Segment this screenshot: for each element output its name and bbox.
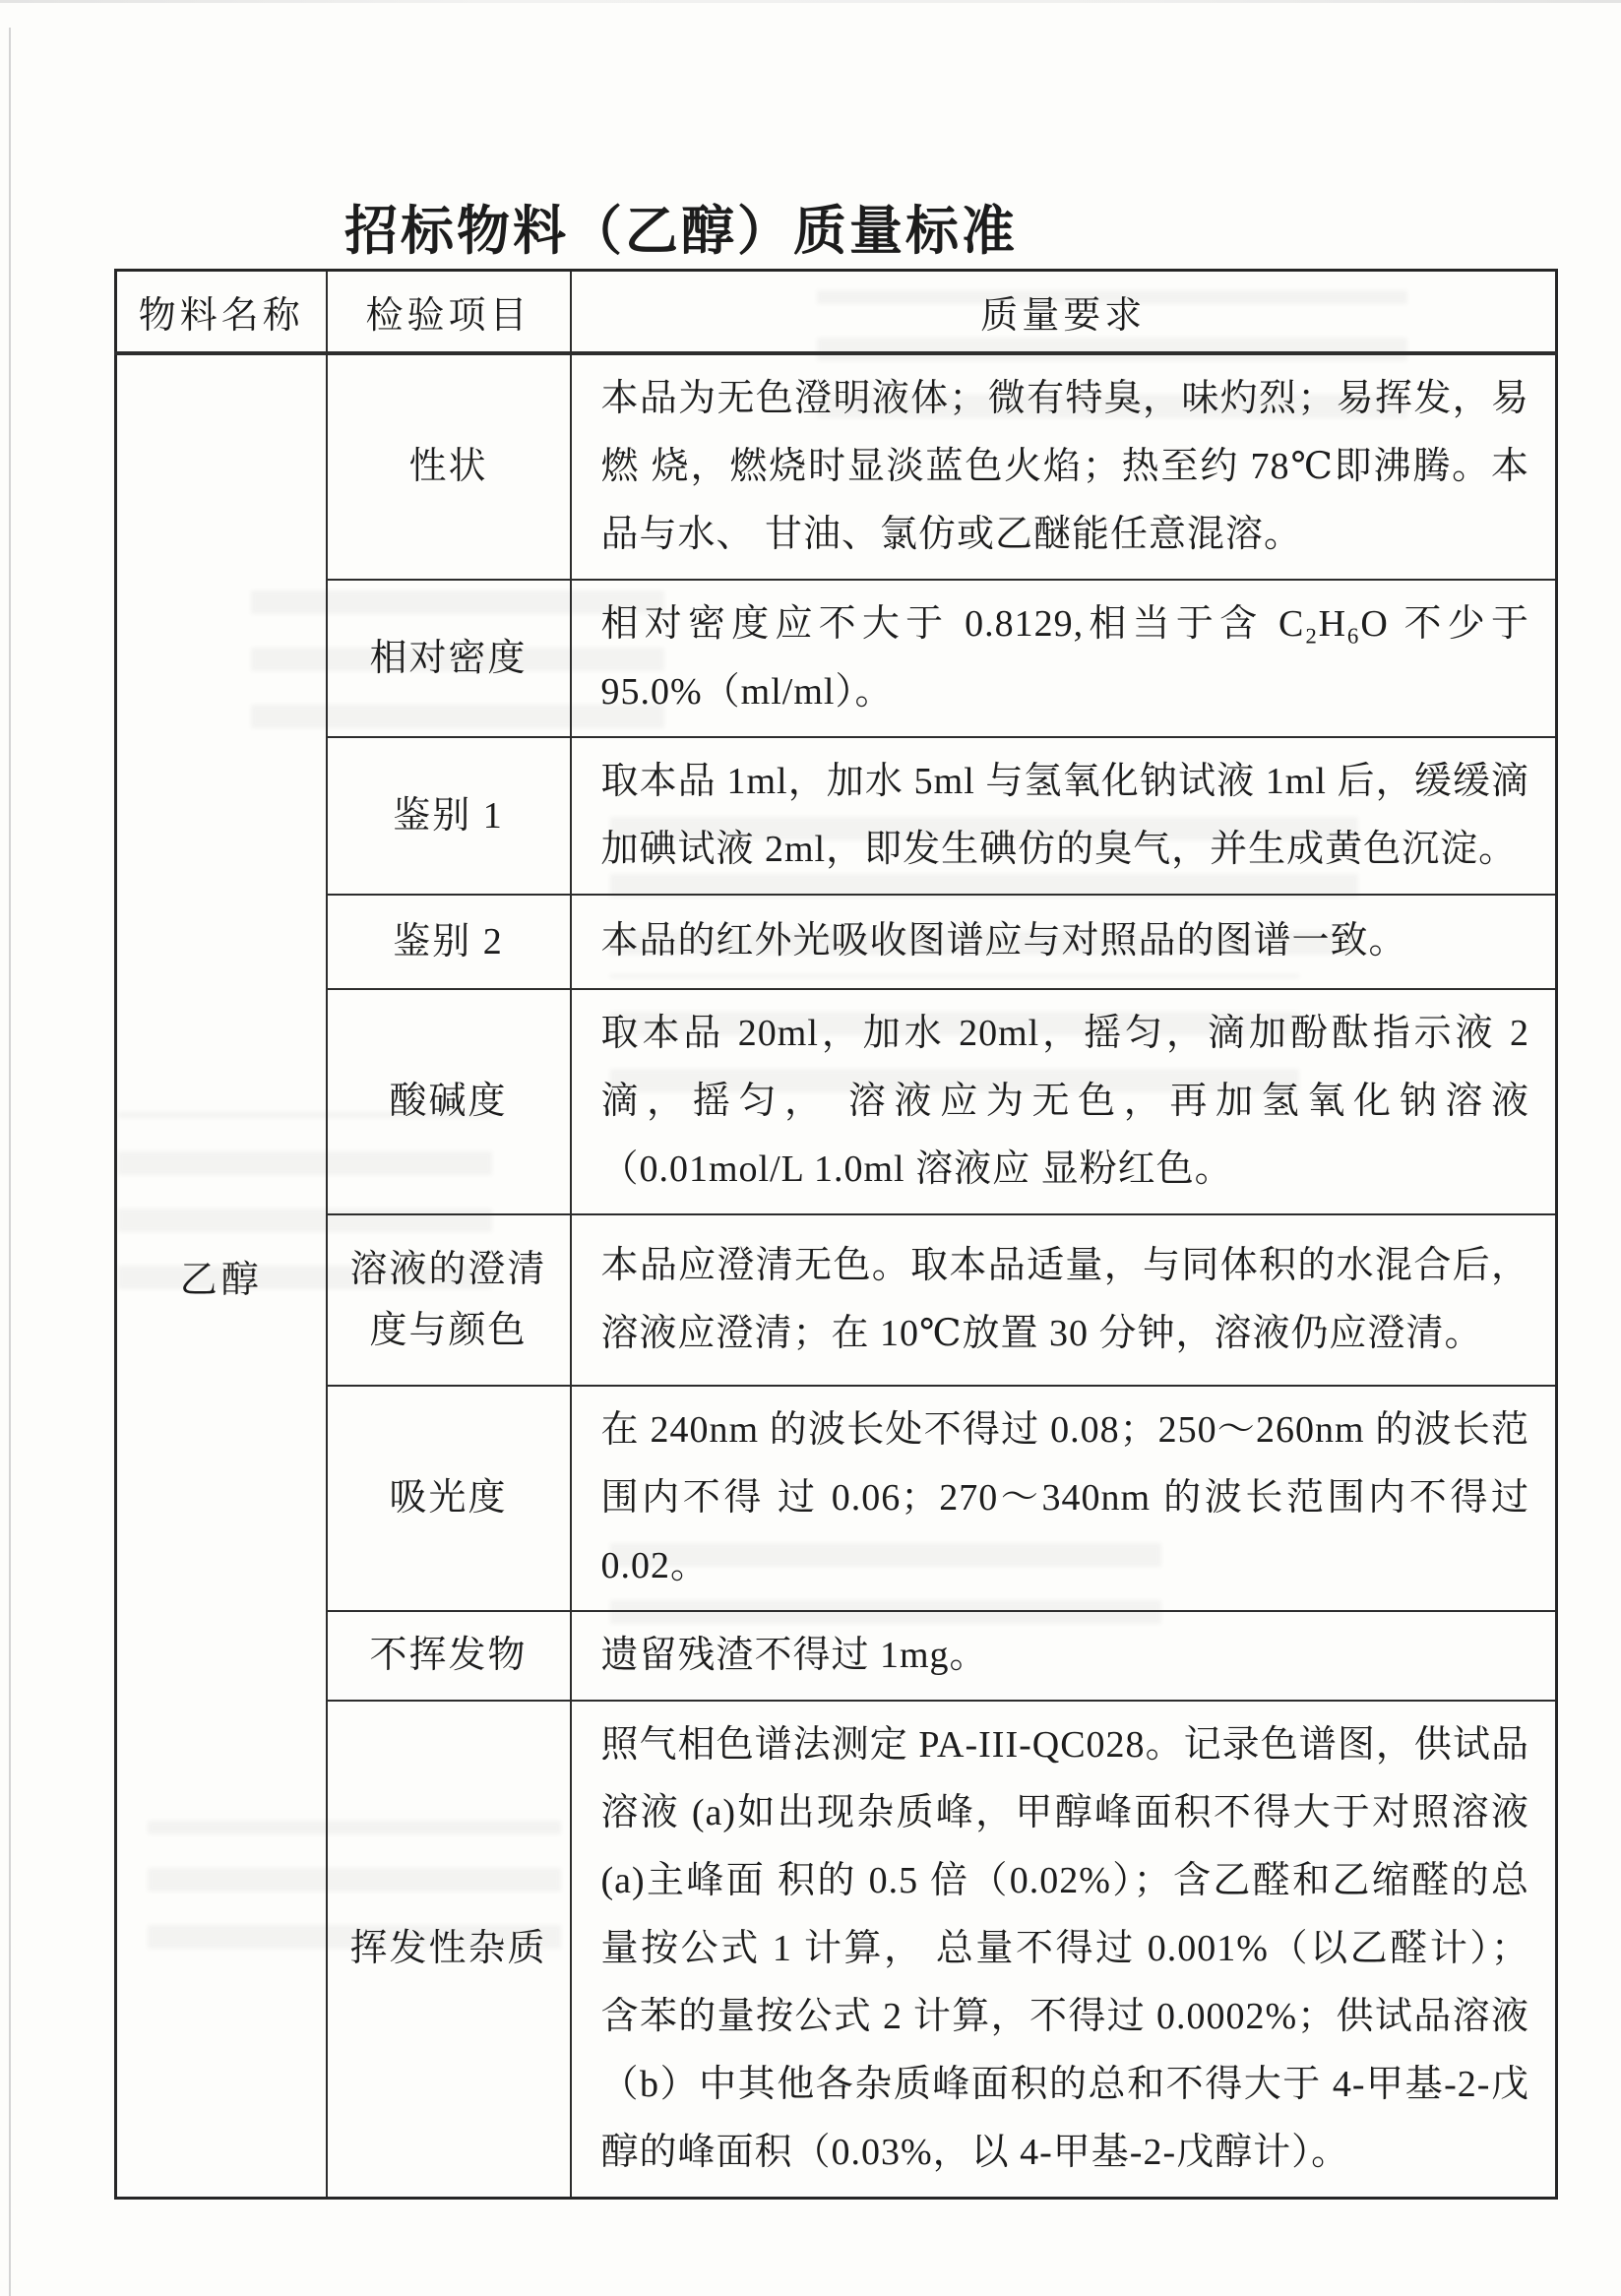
table-row: 挥发性杂质 照气相色谱法测定 PA-III-QC028。记录色谱图，供试品溶液 … [116,1701,1557,2199]
quality-standard-table: 物料名称 检验项目 质量要求 乙醇 性状 本品为无色澄明液体；微有特臭，味灼烈；… [114,269,1558,2200]
inspection-item-cell: 挥发性杂质 [327,1701,571,2199]
table-row: 鉴别 1 取本品 1ml，加水 5ml 与氢氧化钠试液 1ml 后，缓缓滴加碘试… [116,737,1557,895]
table-row: 鉴别 2 本品的红外光吸收图谱应与对照品的图谱一致。 [116,895,1557,989]
table-row: 不挥发物 遗留残渣不得过 1mg。 [116,1611,1557,1701]
inspection-item-cell: 吸光度 [327,1386,571,1611]
table-row: 吸光度 在 240nm 的波长处不得过 0.08；250～260nm 的波长范围… [116,1386,1557,1611]
requirement-cell: 照气相色谱法测定 PA-III-QC028。记录色谱图，供试品溶液 (a)如出现… [571,1701,1557,2199]
requirement-cell: 取本品 20ml，加水 20ml，摇匀，滴加酚酞指示液 2 滴，摇匀， 溶液应为… [571,989,1557,1214]
inspection-item-cell: 鉴别 1 [327,737,571,895]
requirement-cell: 本品应澄清无色。取本品适量，与同体积的水混合后，溶液应澄清；在 10℃放置 30… [571,1214,1557,1386]
requirement-cell: 遗留残渣不得过 1mg。 [571,1611,1557,1701]
requirement-cell: 本品为无色澄明液体；微有特臭，味灼烈；易挥发，易燃 烧，燃烧时显淡蓝色火焰；热至… [571,353,1557,580]
header-material-name: 物料名称 [116,271,327,353]
inspection-item-cell: 鉴别 2 [327,895,571,989]
table-row: 酸碱度 取本品 20ml，加水 20ml，摇匀，滴加酚酞指示液 2 滴，摇匀， … [116,989,1557,1214]
page-title: 招标物料（乙醇）质量标准 [344,189,1018,265]
requirement-cell: 本品的红外光吸收图谱应与对照品的图谱一致。 [571,895,1557,989]
requirement-cell: 取本品 1ml，加水 5ml 与氢氧化钠试液 1ml 后，缓缓滴加碘试液 2ml… [571,737,1557,895]
inspection-item-cell: 不挥发物 [327,1611,571,1701]
inspection-item-cell: 相对密度 [327,580,571,737]
header-quality-requirement: 质量要求 [571,271,1557,353]
header-inspection-item: 检验项目 [327,271,571,353]
inspection-item-cell: 酸碱度 [327,989,571,1214]
requirement-cell: 在 240nm 的波长处不得过 0.08；250～260nm 的波长范围内不得 … [571,1386,1557,1611]
requirement-cell: 相对密度应不大于 0.8129,相当于含 C₂H₆O 不少于 95.0%（ml/… [571,580,1557,737]
table-row: 相对密度 相对密度应不大于 0.8129,相当于含 C₂H₆O 不少于 95.0… [116,580,1557,737]
table-row: 溶液的澄清度与颜色 本品应澄清无色。取本品适量，与同体积的水混合后，溶液应澄清；… [116,1214,1557,1386]
scan-top-edge-artifact [0,0,1621,3]
inspection-item-cell: 溶液的澄清度与颜色 [327,1214,571,1386]
table-row: 乙醇 性状 本品为无色澄明液体；微有特臭，味灼烈；易挥发，易燃 烧，燃烧时显淡蓝… [116,353,1557,580]
document-page: 招标物料（乙醇）质量标准 物料名称 检验项目 质量要求 乙醇 性状 本品为无色澄… [0,0,1621,2296]
material-name-cell: 乙醇 [116,353,327,2199]
table-header-row: 物料名称 检验项目 质量要求 [116,271,1557,353]
scan-left-edge-artifact [9,28,11,2296]
inspection-item-cell: 性状 [327,353,571,580]
